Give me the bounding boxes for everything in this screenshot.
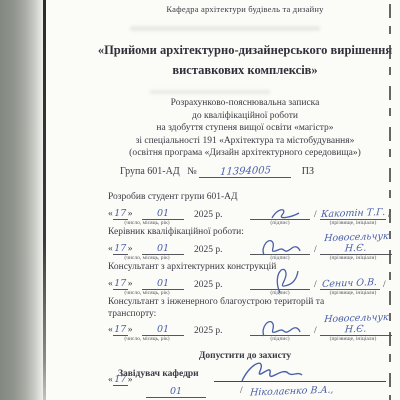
day-handwritten: 17 [114,374,126,385]
name-field-label: (прізвище, ініціали) [318,220,388,226]
quote: » [128,209,133,219]
document-frame-dashed-line [389,4,391,400]
month-handwritten: 01 [157,208,169,219]
subtitle-line: до кваліфікаційної роботи [90,110,400,123]
work-title-line1: «Прийоми архітектурно-дизайнерського вир… [90,40,400,60]
signature-field-label: (підпис) [250,255,310,261]
quote: » [128,375,133,385]
work-title-line2: виставкових комплексів» [90,60,400,80]
quote: » [128,279,133,289]
year-label: 2025 р. [194,280,223,290]
name-handwritten: Новосельчук Н.Є. [319,230,392,255]
signature-row-transport-consultant: Консультант з інженерного благоустрою те… [108,297,392,343]
slash: / [314,245,317,255]
slash: / [314,210,317,220]
day-handwritten: 17 [114,208,126,219]
name-field-label: (прізвище, ініціали) [318,255,388,261]
year-label: 2025 р. [194,245,223,255]
name-handwritten: Ніколаєнко В.А., [250,385,334,399]
slash: / [314,326,317,336]
group-number-line: Група 601-АД № 11394005 ПЗ [120,166,390,178]
head-signature-blank [214,381,386,382]
name-field-label: (прізвище, ініціали) [318,336,388,342]
signature-row-supervisor: Керівник кваліфікаційної роботи: «17» 01… [108,227,392,262]
quote: » [128,244,133,254]
quote: » [128,325,133,335]
subtitle-line: зі спеціальності 191 «Архітектура та міс… [90,135,400,148]
name-handwritten: Сенич О.В. [322,277,378,290]
date-field-label: (число, місяць, рік) [108,220,186,226]
month-handwritten: 01 [157,243,169,254]
department-line: Кафедра архітектури будівель та дизайну [90,4,400,14]
bleed-through-ghost [130,26,320,31]
slash: / [240,386,243,396]
day-handwritten: 17 [114,243,126,254]
signature-row-constructions-consultant: Консультант з архітектурних конструкцій … [108,262,392,297]
role-label: Консультант з архітектурних конструкцій [108,262,392,274]
date-field-label: (число, місяць, рік) [108,290,186,296]
signature-field-label: (підпис) [250,220,310,226]
name-handwritten: Новосельчук Н.Є. [319,312,392,337]
date-field-label: (число, місяць, рік) [108,255,186,261]
work-title: «Прийоми архітектурно-дизайнерського вир… [90,40,400,80]
year-label: 2025 р. [194,326,223,336]
signature-field-label: (підпис) [250,336,310,342]
month-handwritten: 01 [157,324,169,335]
scan-gutter-shadow [0,0,46,400]
subtitle-line: Розрахунково-пояснювальна записка [90,97,400,110]
department-head-line: Завідувач кафедри [118,369,388,379]
month-handwritten: 01 [170,386,182,397]
signature-row-student: Розробив студент групи 601-АД «17» 01 20… [108,192,392,227]
date-field-label: (число, місяць, рік) [108,336,186,342]
year-label: 2025 р. [194,210,223,220]
page-edge-line [43,0,46,400]
subtitle-block: Розрахунково-пояснювальна записка до ква… [90,97,400,160]
subtitle-line: (освітня програма «Дизайн архітектурного… [90,147,400,160]
day-handwritten: 17 [114,278,126,289]
bleed-through-ghost [150,90,270,94]
month-handwritten: 01 [157,278,169,289]
name-handwritten: Какотін Т.Г. [320,206,385,219]
slash: / [383,280,386,290]
signature-field-label: (підпис) [250,290,310,296]
signature-scribble-icon [236,359,306,387]
number-suffix: ПЗ [302,166,314,177]
number-sign: № [187,166,197,177]
document-number-handwritten: 11394005 [219,165,271,178]
role-label: Розробив студент групи 601-АД [108,192,392,204]
group-label: Група 601-АД [120,166,180,177]
name-field-label: (прізвище, ініціали) [318,290,388,296]
scanned-document-page: Кафедра архітектури будівель та дизайну … [0,0,400,400]
subtitle-line: на здобуття ступеня вищої освіти «магіст… [90,122,400,135]
day-handwritten: 17 [114,324,126,335]
slash: / [314,280,317,290]
